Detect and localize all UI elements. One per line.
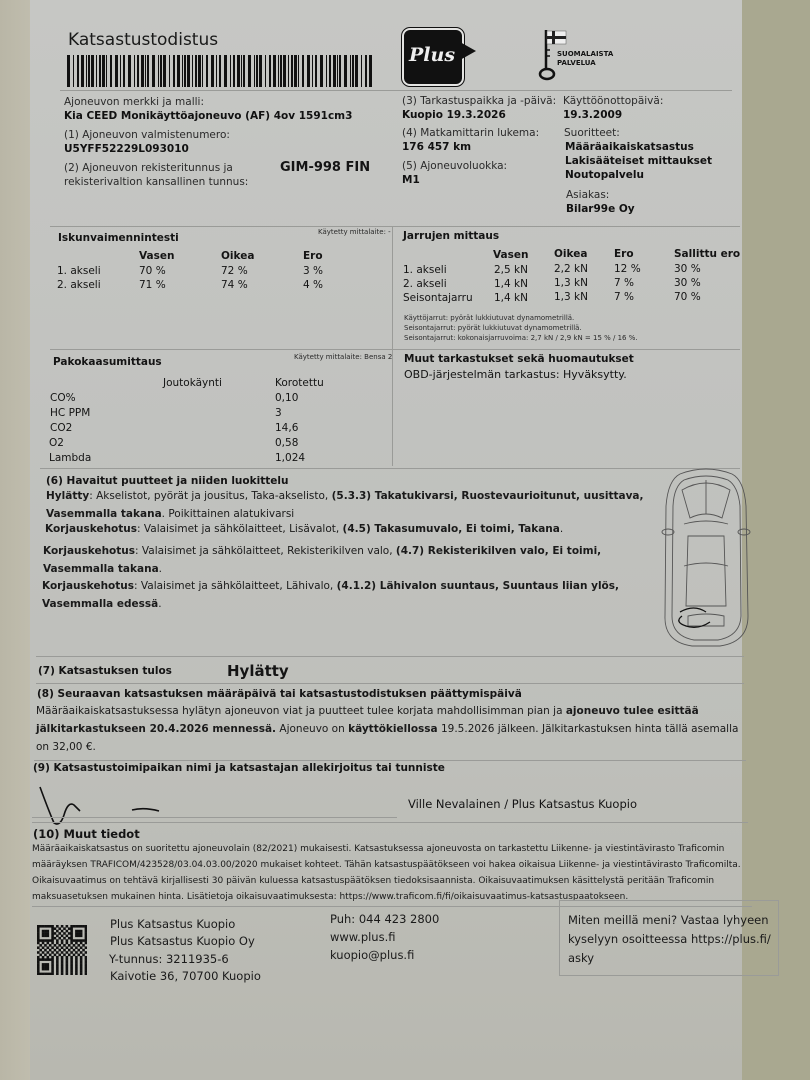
column-header: Korotettu — [275, 377, 324, 389]
divider — [36, 656, 744, 657]
signature-line — [32, 817, 397, 818]
next-inspection-text: Määräaikaiskatsastuksessa hylätyn ajoneu… — [36, 702, 744, 756]
reg-value: GIM-998 FIN — [280, 160, 370, 175]
divider — [60, 90, 732, 91]
column-header: Oikea — [221, 250, 254, 262]
divider — [40, 468, 740, 469]
defects-title: (6) Havaitut puutteet ja niiden luokitte… — [46, 475, 288, 487]
shock-test-title: Iskunvaimennintesti — [58, 232, 179, 244]
signature-title: (9) Katsastustoimipaikan nimi ja katsast… — [33, 762, 445, 774]
reg-label-2: rekisterivaltion kansallinen tunnus: — [64, 176, 248, 188]
service-item: Määräaikaiskatsastus — [565, 141, 694, 153]
result-value: Hylätty — [227, 662, 289, 680]
service-item: Noutopalvelu — [565, 169, 644, 181]
place-date-value: Kuopio 19.3.2026 — [402, 109, 506, 121]
service-item: Lakisääteiset mittaukset — [565, 155, 712, 167]
odometer-value: 176 457 km — [402, 141, 471, 153]
defect-item: Korjauskehotus: Valaisimet ja sähkölaitt… — [43, 542, 647, 578]
divider — [32, 822, 748, 823]
brake-test-title: Jarrujen mittaus — [403, 230, 499, 242]
car-diagram — [660, 466, 752, 648]
odometer-label: (4) Matkamittarin lukema: — [402, 127, 539, 139]
qr-code — [37, 925, 87, 975]
column-header: Vasen — [139, 250, 174, 262]
key-flag-text: SUOMALAISTAPALVELUA — [557, 50, 613, 68]
other-checks-title: Muut tarkastukset sekä huomautukset — [404, 353, 634, 365]
contact-web[interactable]: www.plus.fi — [330, 928, 396, 946]
other-info-title: (10) Muut tiedot — [33, 827, 140, 841]
column-header: Ero — [614, 248, 634, 260]
defect-item: Hylätty: Akselistot, pyörät ja jousitus,… — [46, 487, 646, 523]
column-header: Vasen — [493, 249, 528, 261]
emissions-device: Käytetty mittalaite: Bensa 2 — [294, 353, 392, 361]
result-label: (7) Katsastuksen tulos — [38, 665, 172, 677]
barcode — [67, 55, 374, 87]
class-value: M1 — [402, 174, 420, 186]
shock-test-device: Käytetty mittalaite: - — [318, 228, 391, 236]
brake-note: Seisontajarrut: pyörät lukkiutuvat dynam… — [404, 324, 582, 332]
reg-label-1: (2) Ajoneuvon rekisteritunnus ja — [64, 162, 233, 174]
vin-value: U5YFF52229L093010 — [64, 143, 189, 155]
survey-text: Miten meillä meni? Vastaa lyhyeen kysely… — [568, 911, 773, 968]
divider — [392, 226, 393, 466]
company-line: Kaivotie 36, 70700 Kuopio — [110, 967, 261, 985]
first-use-value: 19.3.2009 — [563, 109, 622, 121]
signature — [34, 785, 174, 830]
divider — [50, 349, 740, 350]
column-header: Joutokäynti — [163, 377, 222, 389]
divider — [34, 760, 746, 761]
divider — [50, 226, 740, 227]
class-label: (5) Ajoneuvoluokka: — [402, 160, 507, 172]
document-title: Katsastustodistus — [68, 30, 218, 50]
contact-email[interactable]: kuopio@plus.fi — [330, 946, 414, 964]
column-header: Oikea — [554, 248, 587, 260]
customer-value: Bilar99e Oy — [566, 203, 635, 215]
column-header: Ero — [303, 250, 323, 262]
services-label: Suoritteet: — [564, 127, 620, 139]
plus-logo-tail — [460, 42, 476, 60]
survey-box: Miten meillä meni? Vastaa lyhyeen kysely… — [559, 900, 779, 976]
brake-note: Käyttöjarrut: pyörät lukkiutuvat dynamom… — [404, 314, 574, 322]
plus-logo: Plus — [402, 28, 464, 86]
make-model-value: Kia CEED Monikäyttöajoneuvo (AF) 4ov 159… — [64, 110, 352, 122]
next-inspection-title: (8) Seuraavan katsastuksen määräpäivä ta… — [37, 688, 522, 700]
make-model-label: Ajoneuvon merkki ja malli: — [64, 96, 204, 108]
inspector-name: Ville Nevalainen / Plus Katsastus Kuopio — [408, 797, 637, 811]
company-line: Plus Katsastus Kuopio — [110, 915, 235, 933]
contact-phone: Puh: 044 423 2800 — [330, 910, 439, 928]
brake-note: Seisontajarrut: kokonaisjarruvoima: 2,7 … — [404, 334, 638, 342]
column-header: Sallittu ero — [674, 248, 740, 260]
other-checks-text: OBD-järjestelmän tarkastus: Hyväksytty. — [404, 368, 627, 381]
defect-item: Korjauskehotus: Valaisimet ja sähkölaitt… — [45, 520, 645, 538]
place-date-label: (3) Tarkastuspaikka ja -päivä: — [402, 95, 556, 107]
company-line: Y-tunnus: 3211935-6 — [109, 950, 229, 968]
other-info-text: Määräaikaiskatsastus on suoritettu ajone… — [32, 841, 754, 905]
divider — [36, 683, 744, 684]
customer-label: Asiakas: — [566, 189, 609, 201]
company-line: Plus Katsastus Kuopio Oy — [110, 932, 255, 950]
emissions-title: Pakokaasumittaus — [53, 356, 162, 368]
first-use-label: Käyttöönottopäivä: — [563, 95, 663, 107]
vin-label: (1) Ajoneuvon valmistenumero: — [64, 129, 230, 141]
defect-item: Korjauskehotus: Valaisimet ja sähkölaitt… — [42, 577, 660, 613]
